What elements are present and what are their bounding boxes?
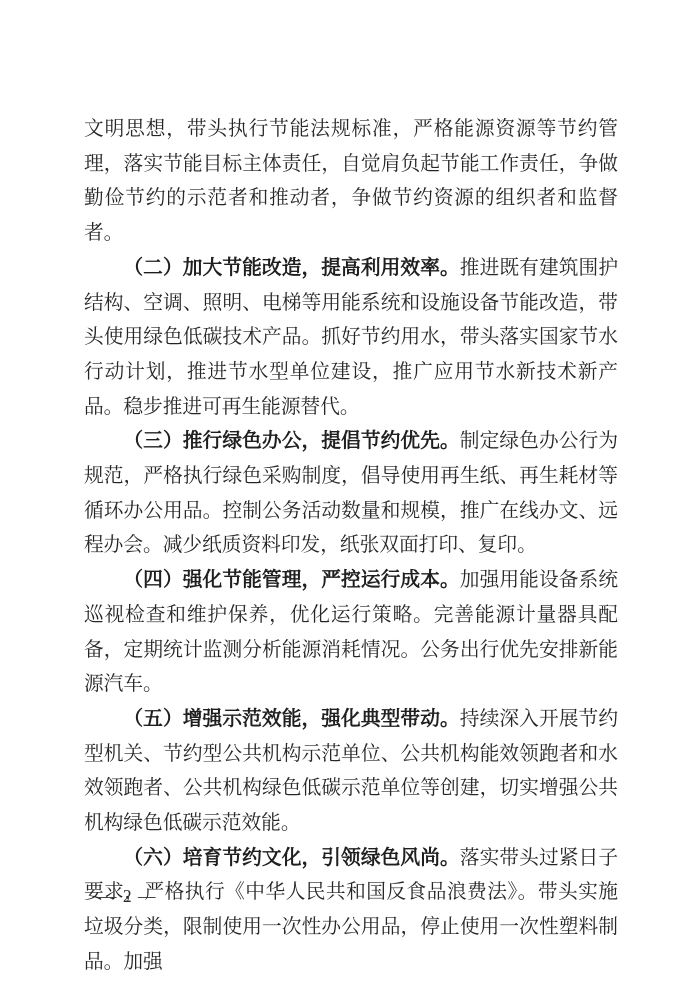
page-number: — 2 — [99, 884, 157, 908]
document-body: 文明思想，带头执行节能法规标准，严格能源资源等节约管理，落实节能目标主体责任，自… [84, 112, 618, 980]
paragraph: （四）强化节能管理，严控运行成本。加强用能设备系统巡视检查和维护保养，优化运行策… [84, 563, 618, 702]
paragraph: （二）加大节能改造，提高利用效率。推进既有建筑围护结构、空调、照明、电梯等用能系… [84, 251, 618, 425]
paragraph: （五）增强示范效能，强化典型带动。持续深入开展节约型机关、节约型公共机构示范单位… [84, 702, 618, 841]
paragraph: （六）培育节约文化，引领绿色风尚。落实带头过紧日子要求，严格执行《中华人民共和国… [84, 841, 618, 980]
paragraph-heading: （五）增强示范效能，强化典型带动。 [123, 708, 459, 730]
paragraph-heading: （二）加大节能改造，提高利用效率。 [123, 257, 459, 279]
paragraph-heading: （四）强化节能管理，严控运行成本。 [123, 569, 459, 591]
paragraph-heading: （六）培育节约文化，引领绿色风尚。 [123, 847, 459, 869]
paragraph-heading: （三）推行绿色办公，提倡节约优先。 [123, 430, 459, 452]
document-page: 文明思想，带头执行节能法规标准，严格能源资源等节约管理，落实节能目标主体责任，自… [0, 0, 700, 990]
paragraph: 文明思想，带头执行节能法规标准，严格能源资源等节约管理，落实节能目标主体责任，自… [84, 112, 618, 251]
paragraph: （三）推行绿色办公，提倡节约优先。制定绿色办公行为规范，严格执行绿色采购制度，倡… [84, 424, 618, 563]
